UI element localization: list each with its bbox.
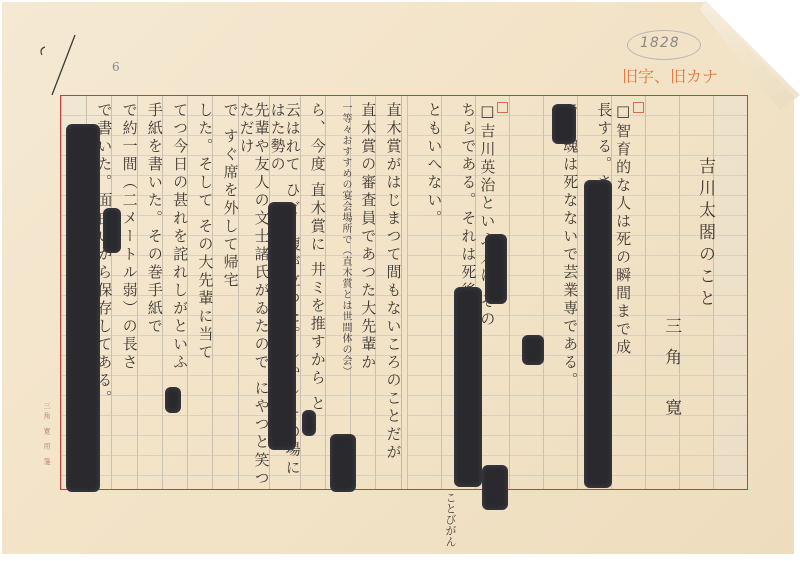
text-column [509,96,543,489]
text-column: 一等々おすすめの宴会場所で（直木賞とは世間体の会） [325,96,350,489]
text-column: 手紙を書いた。その巻手紙で [137,96,162,489]
text-column: 先輩や友人の文士諸氏がゐたので にやつと笑つただけ [238,96,269,489]
author-column: 三角 寛 [645,96,679,489]
text-column: 直木賞がはじまつて間もないころのことだが [375,96,400,489]
redaction-bar [165,387,181,413]
redaction-bar [66,124,100,492]
redaction-bar [330,434,356,492]
stationery-imprint: 三角 寛 用 箋 [42,402,52,468]
redaction-bar [268,202,296,450]
redaction-bar [584,180,612,488]
pencil-mark-icon [27,27,87,97]
catalog-number: 1828 [640,35,680,51]
text-column: でも魂は死なないで芸業専である。 [543,96,577,489]
text-column: で すぐ席を外して帰宅 [212,96,237,489]
text-column: で約一間（二メートル弱）の長さ [111,96,136,489]
redaction-bar [522,335,544,365]
page-number: 6 [112,60,120,74]
editor-red-note: 旧字、旧カナ [622,64,718,87]
grid-left-half: 直木賞がはじまつて間もないころのことだが 直木賞の審査員であつた大先輩か 一等々… [61,96,401,489]
redaction-bar [552,104,576,144]
text-column: ともいへない。 [407,96,441,489]
text-column: てつ今日の甚れを詫れしがといふ [162,96,187,489]
title-column: 吉川太閤のこと [679,96,713,489]
redaction-bar [302,410,316,436]
redaction-bar [454,287,482,487]
grid-column [713,96,747,489]
redaction-bar [482,465,508,510]
redaction-bar [103,208,121,253]
redaction-bar [485,234,507,304]
text-column: □智育的な人は死の瞬間まで成 [611,96,645,489]
manuscript-paper: 6 1828 旧字、旧カナ 吉川太閤のこと 三角 寛 □智育的な人は死の瞬間まで… [2,2,794,554]
text-column: した。そして その大先輩に当て [187,96,212,489]
text-column: 直木賞の審査員であつた大先輩か [350,96,375,489]
bottom-margin-annotation: ことびがん [442,492,458,547]
manuscript-grid: 吉川太閤のこと 三角 寛 □智育的な人は死の瞬間まで成 長する。さらに智慧の人は… [60,95,748,490]
